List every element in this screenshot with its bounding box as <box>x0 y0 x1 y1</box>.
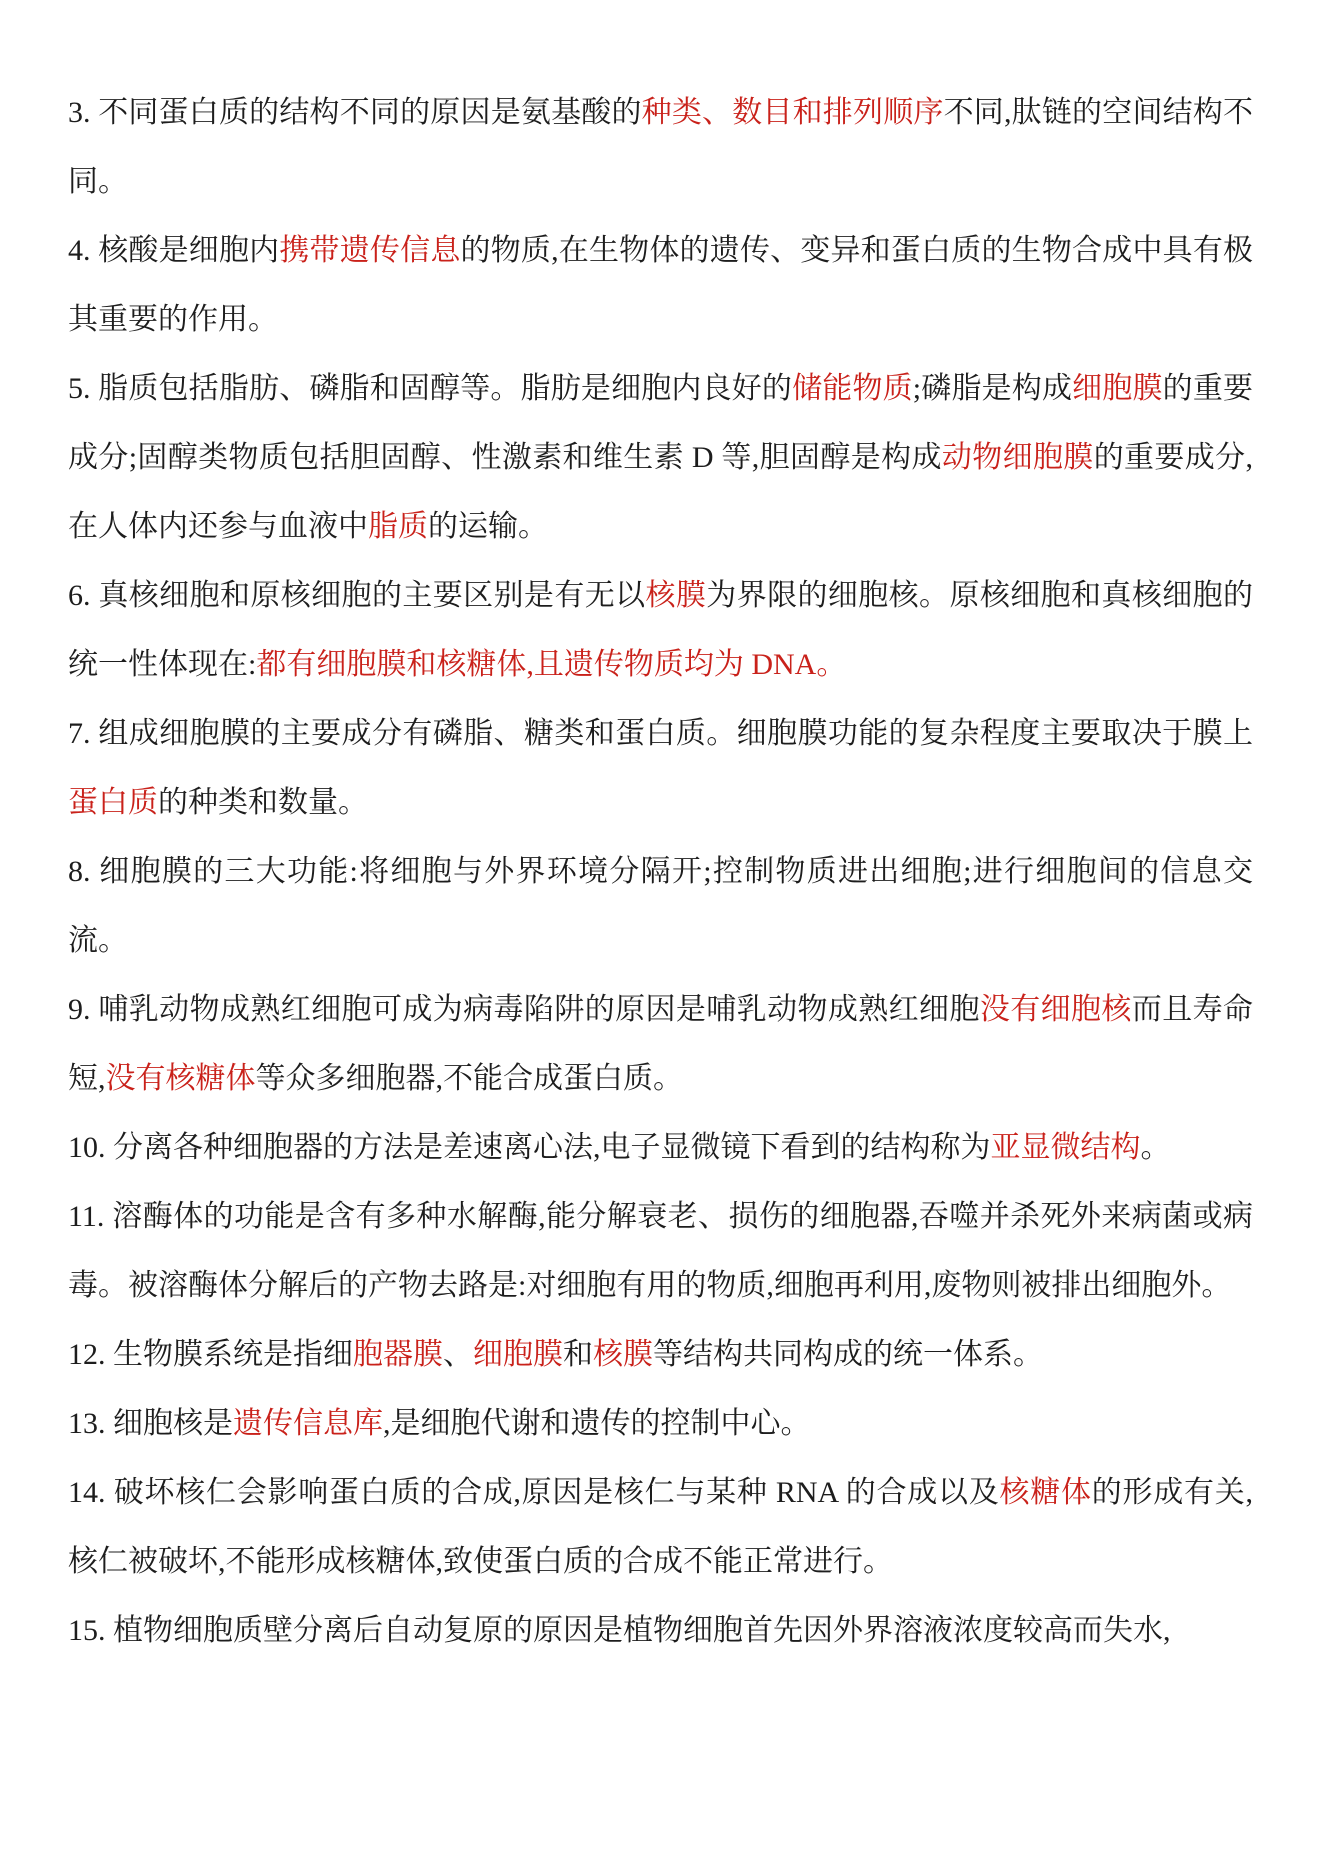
note-text: 11. 溶酶体的功能是含有多种水解酶,能分解衰老、损伤的细胞器,吞噬并杀死外来病… <box>68 1200 1253 1302</box>
highlighted-term: 脂质 <box>368 510 428 543</box>
note-text: 14. 破坏核仁会影响蛋白质的合成,原因是核仁与某种 RNA 的合成以及 <box>68 1476 1000 1509</box>
note-item-3: 3. 不同蛋白质的结构不同的原因是氨基酸的种类、数目和排列顺序不同,肽链的空间结… <box>68 78 1253 216</box>
highlighted-term: 携带遗传信息 <box>279 234 460 267</box>
highlighted-term: 动物细胞膜 <box>942 441 1094 474</box>
note-text: 12. 生物膜系统是指细 <box>68 1338 353 1371</box>
note-item-7: 7. 组成细胞膜的主要成分有磷脂、糖类和蛋白质。细胞膜功能的复杂程度主要取决于膜… <box>68 699 1253 837</box>
note-item-6: 6. 真核细胞和原核细胞的主要区别是有无以核膜为界限的细胞核。原核细胞和真核细胞… <box>68 561 1253 699</box>
highlighted-term: 没有核糖体 <box>106 1062 256 1095</box>
note-text: 的种类和数量。 <box>158 786 368 819</box>
note-text: 13. 细胞核是 <box>68 1407 233 1440</box>
note-text: 7. 组成细胞膜的主要成分有磷脂、糖类和蛋白质。细胞膜功能的复杂程度主要取决于膜… <box>68 717 1253 750</box>
highlighted-term: 亚显微结构 <box>991 1131 1141 1164</box>
note-text: 。 <box>1141 1131 1171 1164</box>
highlighted-term: 没有细胞核 <box>980 993 1132 1026</box>
study-notes-document: 3. 不同蛋白质的结构不同的原因是氨基酸的种类、数目和排列顺序不同,肽链的空间结… <box>0 0 1320 1866</box>
note-item-4: 4. 核酸是细胞内携带遗传信息的物质,在生物体的遗传、变异和蛋白质的生物合成中具… <box>68 216 1253 354</box>
note-text: 15. 植物细胞质壁分离后自动复原的原因是植物细胞首先因外界溶液浓度较高而失水, <box>68 1614 1171 1647</box>
note-text: 9. 哺乳动物成熟红细胞可成为病毒陷阱的原因是哺乳动物成熟红细胞 <box>68 993 980 1026</box>
note-text: 、 <box>443 1338 473 1371</box>
highlighted-term: 都有细胞膜和核糖体,且遗传物质均为 DNA。 <box>256 648 846 681</box>
highlighted-term: 遗传信息库 <box>233 1407 383 1440</box>
note-text: 等结构共同构成的统一体系。 <box>653 1338 1043 1371</box>
highlighted-term: 核膜 <box>593 1338 653 1371</box>
note-text: ,是细胞代谢和遗传的控制中心。 <box>383 1407 811 1440</box>
note-item-12: 12. 生物膜系统是指细胞器膜、细胞膜和核膜等结构共同构成的统一体系。 <box>68 1320 1253 1389</box>
note-text: ;磷脂是构成 <box>913 372 1072 405</box>
highlighted-term: 核糖体 <box>1000 1476 1092 1509</box>
note-text: 4. 核酸是细胞内 <box>68 234 279 267</box>
note-item-13: 13. 细胞核是遗传信息库,是细胞代谢和遗传的控制中心。 <box>68 1389 1253 1458</box>
note-text: 10. 分离各种细胞器的方法是差速离心法,电子显微镜下看到的结构称为 <box>68 1131 991 1164</box>
note-text: 等众多细胞器,不能合成蛋白质。 <box>256 1062 684 1095</box>
note-text: 5. 脂质包括脂肪、磷脂和固醇等。脂肪是细胞内良好的 <box>68 372 792 405</box>
note-text: 8. 细胞膜的三大功能:将细胞与外界环境分隔开;控制物质进出细胞;进行细胞间的信… <box>68 855 1253 957</box>
highlighted-term: 种类、数目和排列顺序 <box>642 96 944 129</box>
note-item-9: 9. 哺乳动物成熟红细胞可成为病毒陷阱的原因是哺乳动物成熟红细胞没有细胞核而且寿… <box>68 975 1253 1113</box>
note-text: 和 <box>563 1338 593 1371</box>
note-text: 的运输。 <box>428 510 548 543</box>
note-item-8: 8. 细胞膜的三大功能:将细胞与外界环境分隔开;控制物质进出细胞;进行细胞间的信… <box>68 837 1253 975</box>
highlighted-term: 细胞膜 <box>473 1338 563 1371</box>
note-text: 3. 不同蛋白质的结构不同的原因是氨基酸的 <box>68 96 642 129</box>
note-item-11: 11. 溶酶体的功能是含有多种水解酶,能分解衰老、损伤的细胞器,吞噬并杀死外来病… <box>68 1182 1253 1320</box>
note-item-10: 10. 分离各种细胞器的方法是差速离心法,电子显微镜下看到的结构称为亚显微结构。 <box>68 1113 1253 1182</box>
highlighted-term: 核膜 <box>646 579 707 612</box>
note-item-15: 15. 植物细胞质壁分离后自动复原的原因是植物细胞首先因外界溶液浓度较高而失水, <box>68 1596 1253 1665</box>
note-item-5: 5. 脂质包括脂肪、磷脂和固醇等。脂肪是细胞内良好的储能物质;磷脂是构成细胞膜的… <box>68 354 1253 561</box>
highlighted-term: 蛋白质 <box>68 786 158 819</box>
highlighted-term: 储能物质 <box>792 372 913 405</box>
note-text: 6. 真核细胞和原核细胞的主要区别是有无以 <box>68 579 646 612</box>
highlighted-term: 胞器膜 <box>353 1338 443 1371</box>
highlighted-term: 细胞膜 <box>1072 372 1163 405</box>
note-item-14: 14. 破坏核仁会影响蛋白质的合成,原因是核仁与某种 RNA 的合成以及核糖体的… <box>68 1458 1253 1596</box>
